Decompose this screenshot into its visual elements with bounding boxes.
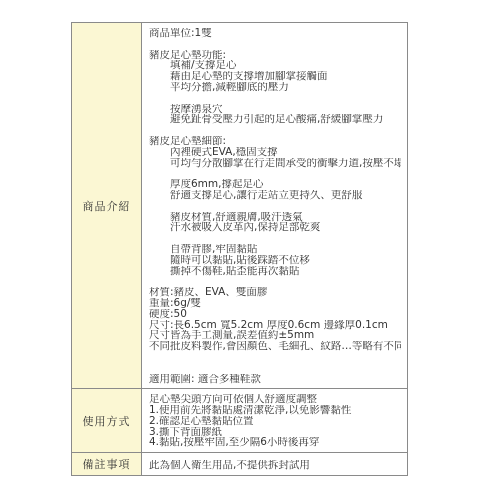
blank-line (149, 168, 401, 179)
text-line: 足心墊尖頭方向可依個人舒適度調整 (149, 394, 401, 405)
text-line: 適用範圍: 適合多種鞋款 (149, 374, 401, 385)
row-label: 商品介紹 (72, 23, 142, 388)
text-line: 不同批皮料製作,會因顏色、毛細孔、紋路…等略有不同 (149, 341, 401, 352)
table-row: 使用方式足心墊尖頭方向可依個人舒適度調整1.使用前先將黏貼處清潔乾淨,以免影響黏… (72, 389, 407, 453)
text-line: 撕掉不傷鞋,貼歪能再次黏貼 (149, 266, 401, 277)
blank-line (149, 276, 401, 287)
text-line: 重量:6g/雙 (149, 298, 401, 309)
text-line: 2.確認足心墊黏貼位置 (149, 416, 401, 427)
text-line: 可均勻分散腳掌在行走間承受的衝擊力道,按壓不塌陷 (149, 158, 401, 169)
row-content: 足心墊尖頭方向可依個人舒適度調整1.使用前先將黏貼處清潔乾淨,以免影響黏性2.確… (142, 389, 407, 452)
product-spec-table: 商品介紹商品單位:1雙 豬皮足心墊功能:填補/支撐足心藉由足心墊的支撐增加腳掌接… (71, 22, 408, 476)
text-line: 尺寸:長6.5cm 寬5.2cm 厚度0.6cm 邊緣厚0.1cm (149, 320, 401, 331)
blank-line (149, 233, 401, 244)
row-label: 使用方式 (72, 389, 142, 452)
blank-line (149, 201, 401, 212)
text-line: 此為個人衛生用品,不提供拆封試用 (149, 460, 401, 471)
row-content: 商品單位:1雙 豬皮足心墊功能:填補/支撐足心藉由足心墊的支撐增加腳掌接觸面平均… (142, 23, 407, 388)
blank-line (149, 352, 401, 363)
text-line: 藉由足心墊的支撐增加腳掌接觸面 (149, 71, 401, 82)
text-line: 豬皮材質,舒適親膚,吸汗透氣 (149, 212, 401, 223)
text-line: 自帶背膠,牢固黏貼 (149, 244, 401, 255)
text-line: 按摩湧泉穴 (149, 104, 401, 115)
text-line: 填補/支撐足心 (149, 60, 401, 71)
text-line: 舒適支撐足心,讓行走站立更持久、更舒服 (149, 190, 401, 201)
blank-line (149, 39, 401, 50)
table-row: 備註事項此為個人衛生用品,不提供拆封試用 (72, 453, 407, 475)
text-line: 4.黏貼,按壓牢固,至少隔6小時後再穿 (149, 437, 401, 448)
blank-line (149, 363, 401, 374)
text-line: 隨時可以黏貼,貼後踩踏不位移 (149, 255, 401, 266)
text-line: 汗水被吸入皮革內,保持足部乾爽 (149, 222, 401, 233)
row-content: 此為個人衛生用品,不提供拆封試用 (142, 453, 407, 475)
text-line: 硬度:50 (149, 309, 401, 320)
text-line: 3.撕下背面膠紙 (149, 427, 401, 438)
text-line: 避免趾骨受壓力引起的足心酸痛,舒緩腳掌壓力 (149, 114, 401, 125)
text-line: 尺寸皆為手工測量,誤差值約±5mm (149, 330, 401, 341)
text-line: 平均分擔,減輕腳底的壓力 (149, 82, 401, 93)
row-label: 備註事項 (72, 453, 142, 475)
blank-line (149, 125, 401, 136)
text-line: 豬皮足心墊功能: (149, 50, 401, 61)
text-line: 內裡硬式EVA,穩固支撐 (149, 147, 401, 158)
table-row: 商品介紹商品單位:1雙 豬皮足心墊功能:填補/支撐足心藉由足心墊的支撐增加腳掌接… (72, 23, 407, 389)
text-line: 1.使用前先將黏貼處清潔乾淨,以免影響黏性 (149, 405, 401, 416)
text-line: 厚度6mm,撐起足心 (149, 179, 401, 190)
text-line: 商品單位:1雙 (149, 28, 401, 39)
text-line: 材質:豬皮、EVA、雙面膠 (149, 287, 401, 298)
text-line: 豬皮足心墊細節: (149, 136, 401, 147)
blank-line (149, 93, 401, 104)
